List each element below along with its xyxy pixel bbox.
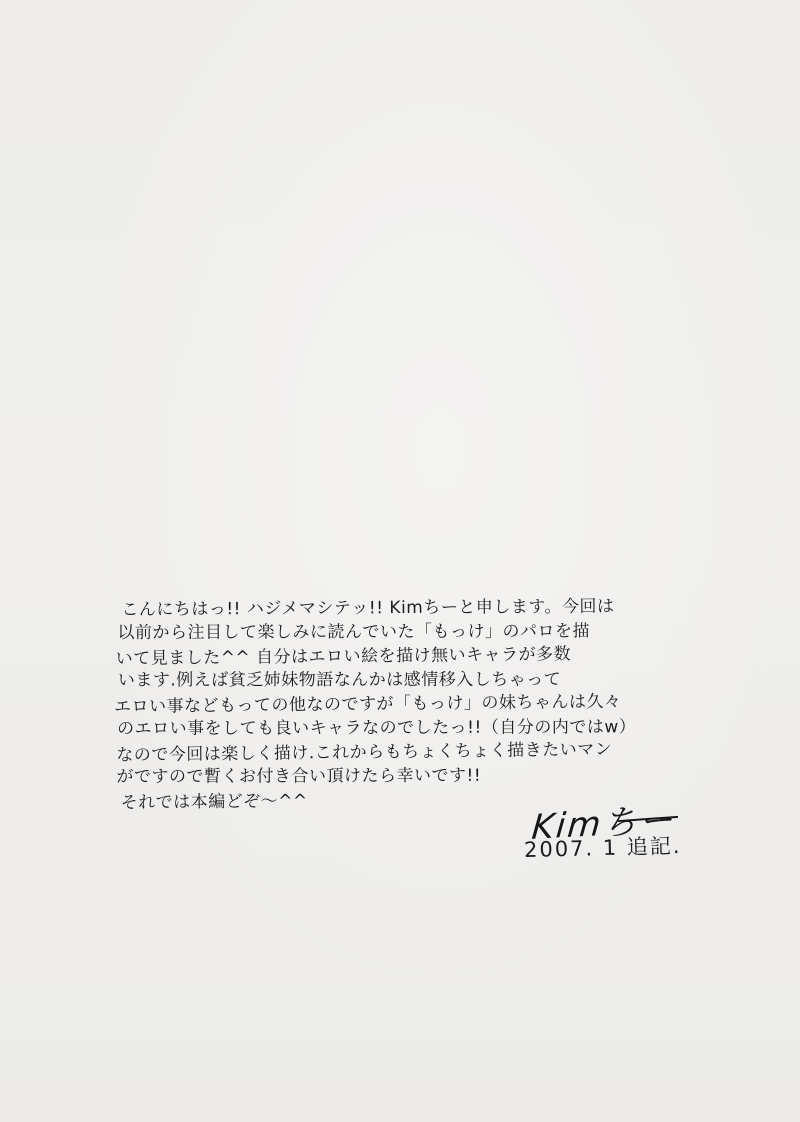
scanned-page: こんにちはっ!! ハジメマシテッ!! Kimちーと申します。今回は 以前から注目… xyxy=(0,0,800,1122)
afterword-line: いて見ました^^ 自分はエロい絵を描け無いキャラが多数 xyxy=(116,641,701,671)
afterword-line: こんにちはっ!! ハジメマシテッ!! Kimちーと申します。今回は xyxy=(121,594,706,622)
afterword-text-block: こんにちはっ!! ハジメマシテッ!! Kimちーと申します。今回は 以前から注目… xyxy=(121,594,707,814)
date-note: 2007. 1 追記. xyxy=(524,830,682,864)
afterword-line: います.例えば貧乏姉妹物語なんかは感情移入しちゃって xyxy=(118,668,703,693)
